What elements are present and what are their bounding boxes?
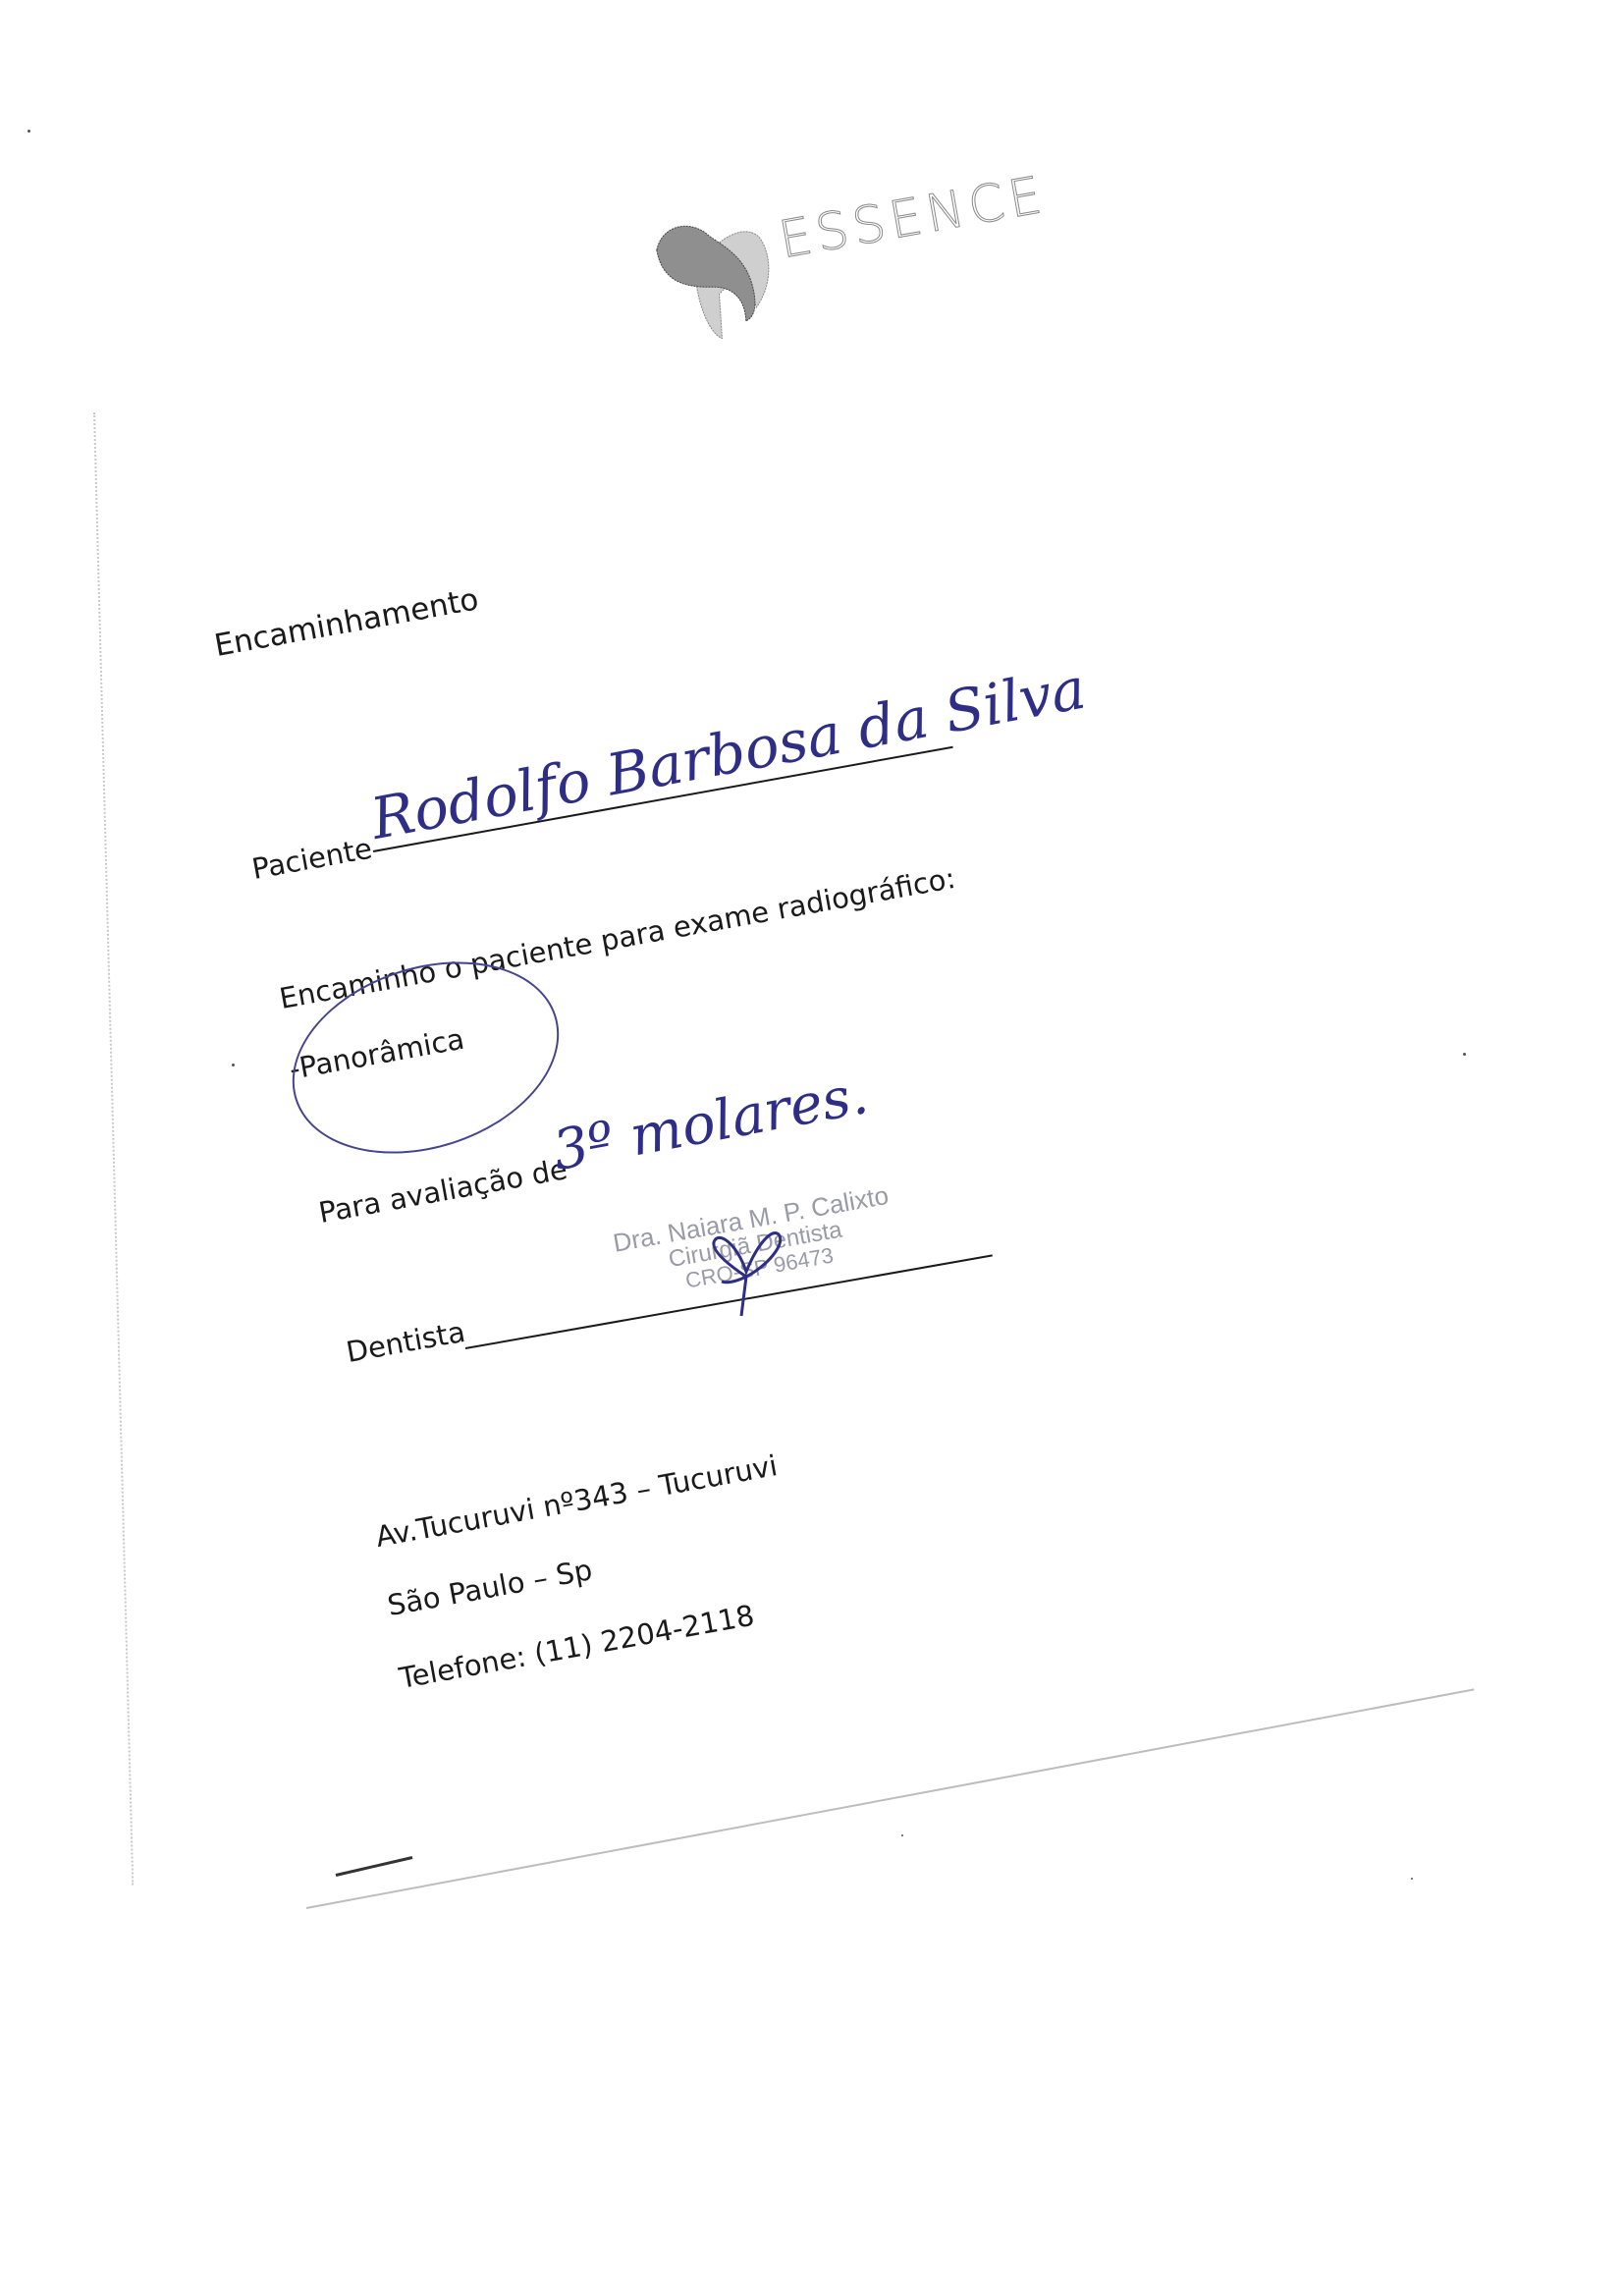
brand-logo: ESSENCE: [642, 126, 1079, 371]
brand-name: ESSENCE: [775, 165, 1051, 270]
evaluation-label: Para avaliação de: [316, 1152, 569, 1230]
tooth-logo-icon: [646, 196, 785, 353]
dentist-label: Dentista: [344, 1315, 467, 1369]
page-bottom-edge: [306, 1688, 1475, 1909]
patient-name-handwritten: Rodolfo Barbosa da Silva: [366, 655, 1091, 852]
evaluation-value-handwritten: 3º molares.: [548, 1063, 873, 1183]
footer-city: São Paulo – Sp: [385, 1553, 595, 1622]
footer-phone: Telefone: (11) 2204-2118: [397, 1599, 757, 1695]
document-sheet: ESSENCE Encaminhamento Paciente Rodolfo …: [0, 0, 1624, 2296]
document-title: Encaminhamento: [212, 581, 481, 664]
footer-address: Av.Tucuruvi nº343 – Tucuruvi: [373, 1449, 780, 1554]
page-bottom-edge-shadow: [336, 1856, 413, 1877]
patient-label: Paciente: [249, 832, 374, 886]
dentist-signature: [702, 1223, 790, 1331]
